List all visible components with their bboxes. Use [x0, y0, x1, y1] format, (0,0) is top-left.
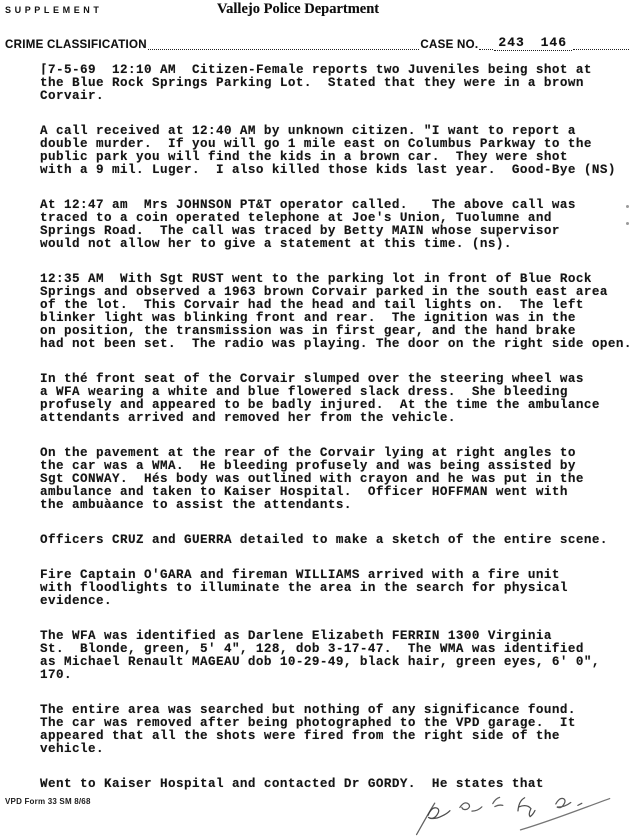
dotted-leader: [479, 47, 493, 50]
dotted-leader: [148, 47, 420, 50]
form-number: VPD Form 33 SM 8/68: [5, 797, 91, 806]
report-paragraph: Went to Kaiser Hospital and contacted Dr…: [40, 778, 638, 791]
report-paragraph: The entire area was searched but nothing…: [40, 704, 638, 756]
report-paragraph: Fire Captain O'GARA and fireman WILLIAMS…: [40, 569, 638, 608]
scan-artifact-dot: [626, 205, 629, 208]
report-body: ⌈7-5-69 12:10 AM Citizen-Female reports …: [40, 64, 638, 813]
report-paragraph: ⌈7-5-69 12:10 AM Citizen-Female reports …: [40, 64, 638, 103]
supplement-label: SUPPLEMENT: [5, 5, 103, 15]
scanned-police-report-page: SUPPLEMENT Vallejo Police Department CRI…: [0, 0, 640, 833]
crime-classification-label: CRIME CLASSIFICATION: [5, 39, 147, 51]
case-number-value: 243 146: [494, 35, 572, 51]
report-paragraph: Officers CRUZ and GUERRA detailed to mak…: [40, 534, 638, 547]
report-paragraph: In thé front seat of the Corvair slumped…: [40, 373, 638, 425]
report-paragraph: At 12:47 am Mrs JOHNSON PT&T operator ca…: [40, 199, 638, 251]
dotted-leader: [573, 47, 629, 50]
report-paragraph: The WFA was identified as Darlene Elizab…: [40, 630, 638, 682]
classification-row: CRIME CLASSIFICATION CASE NO. 243 146: [5, 35, 630, 51]
scan-artifact-dot: [626, 222, 629, 225]
report-paragraph: On the pavement at the rear of the Corva…: [40, 447, 638, 512]
department-title: Vallejo Police Department: [217, 1, 379, 18]
case-no-label: CASE NO.: [420, 39, 478, 51]
report-paragraph: 12:35 AM With Sgt RUST went to the parki…: [40, 273, 638, 351]
report-paragraph: A call received at 12:40 AM by unknown c…: [40, 125, 638, 177]
handwritten-signature: [397, 788, 633, 833]
